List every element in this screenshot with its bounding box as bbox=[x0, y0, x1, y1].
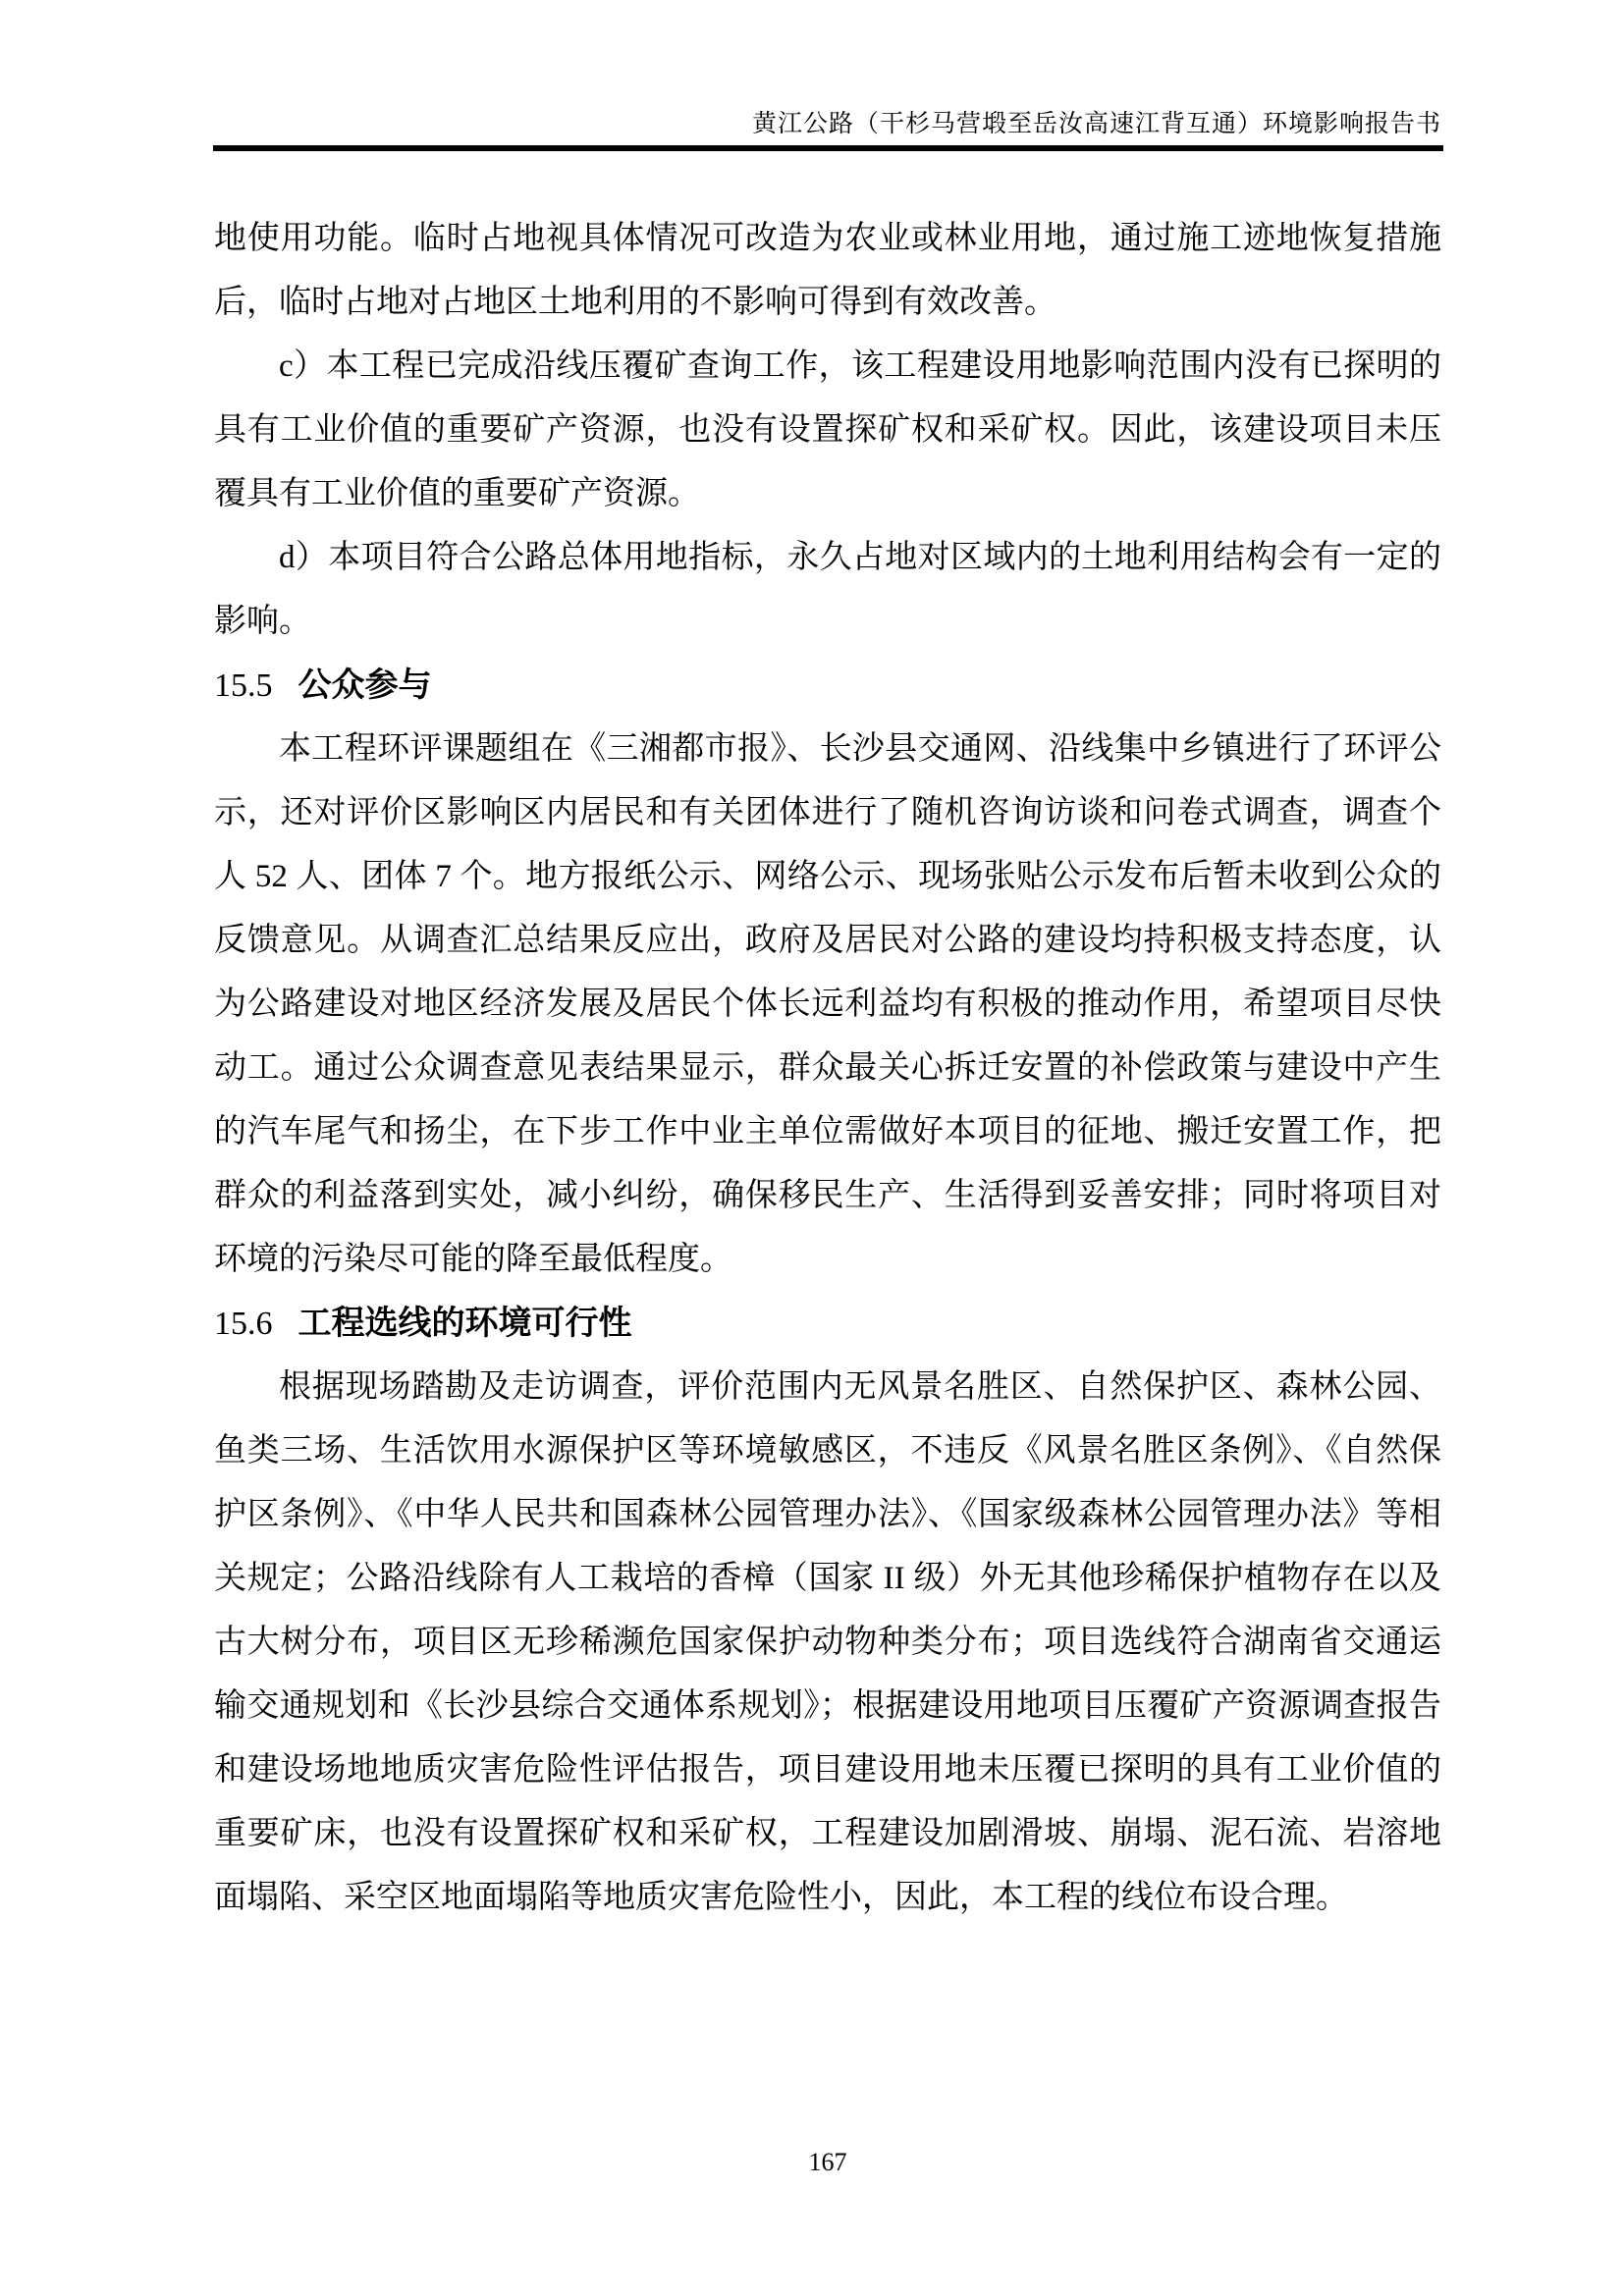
section-number: 15.5 bbox=[214, 667, 273, 704]
section-title: 工程选线的环境可行性 bbox=[298, 1305, 632, 1342]
section-heading-15-5: 15.5公众参与 bbox=[214, 654, 1441, 718]
paragraph-route-selection-feasibility: 根据现场踏勘及走访调查，评价范围内无风景名胜区、自然保护区、森林公园、鱼类三场、… bbox=[214, 1356, 1441, 1930]
paragraph-land-use-continuation: 地使用功能。临时占地视具体情况可改造为农业或林业用地，通过施工迹地恢复措施后，临… bbox=[214, 207, 1441, 335]
header-rule bbox=[213, 145, 1443, 151]
section-heading-15-6: 15.6工程选线的环境可行性 bbox=[214, 1292, 1441, 1356]
document-page: 黄江公路（干杉马营塅至岳汝高速江背互通）环境影响报告书 地使用功能。临时占地视具… bbox=[0, 0, 1624, 2296]
paragraph-item-c-mineral-survey: c）本工程已完成沿线压覆矿查询工作，该工程建设用地影响范围内没有已探明的具有工业… bbox=[214, 335, 1441, 526]
paragraph-public-participation: 本工程环评课题组在《三湘都市报》、长沙县交通网、沿线集中乡镇进行了环评公示，还对… bbox=[214, 718, 1441, 1292]
section-title: 公众参与 bbox=[298, 667, 432, 704]
page-number: 167 bbox=[214, 2148, 1441, 2177]
document-body: 地使用功能。临时占地视具体情况可改造为农业或林业用地，通过施工迹地恢复措施后，临… bbox=[214, 207, 1441, 1930]
paragraph-item-d-land-index: d）本项目符合公路总体用地指标，永久占地对区域内的土地利用结构会有一定的影响。 bbox=[214, 526, 1441, 654]
section-number: 15.6 bbox=[214, 1306, 273, 1342]
running-header: 黄江公路（干杉马营塅至岳汝高速江背互通）环境影响报告书 bbox=[214, 110, 1441, 139]
